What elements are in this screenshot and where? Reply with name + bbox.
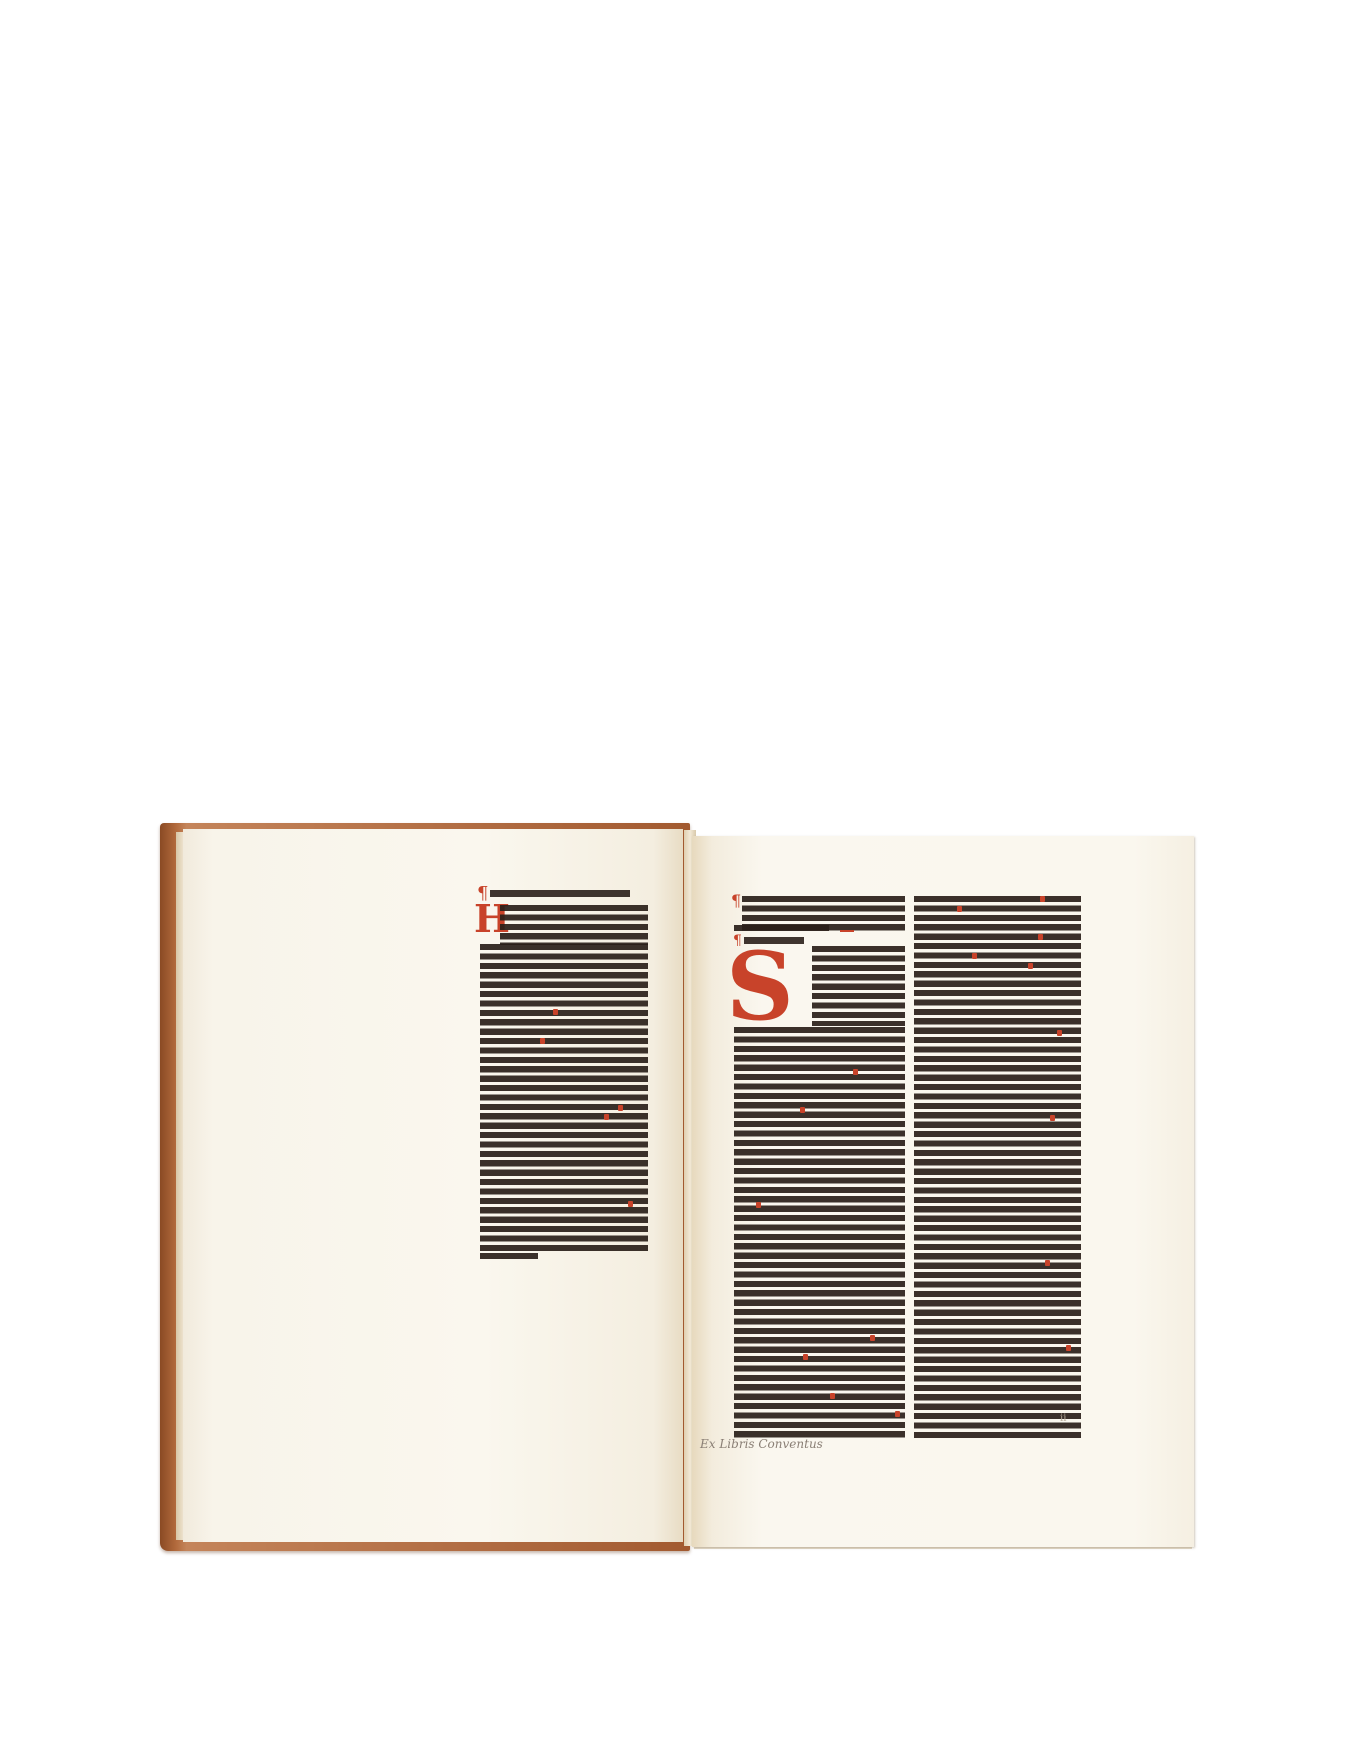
initial-letter-s: S [726, 940, 794, 1034]
rubric-mark [830, 1393, 835, 1399]
rubric-flourish [840, 930, 854, 932]
rubric-mark [1057, 1030, 1062, 1036]
rubric-mark [1066, 1345, 1071, 1351]
rubric-mark [553, 1009, 558, 1015]
rubric-mark [604, 1114, 609, 1120]
rubric-mark [540, 1038, 545, 1044]
rubric-mark [972, 953, 977, 959]
left-page-heading [490, 890, 630, 897]
rubric-mark [756, 1202, 761, 1208]
column-1-indented-lines [812, 946, 905, 1026]
rubric-mark [1028, 963, 1033, 969]
incipit-last-line [734, 925, 829, 932]
rubric-mark [618, 1105, 623, 1111]
rubric-mark [1040, 896, 1045, 902]
rubric-mark [1050, 1115, 1055, 1121]
rubric-mark [870, 1335, 875, 1341]
rubric-mark [957, 906, 962, 912]
rubric-mark [853, 1069, 858, 1075]
rubric-mark [1045, 1260, 1050, 1266]
rubric-mark [803, 1354, 808, 1360]
column-1-text-lines [734, 1027, 905, 1440]
column-2-text-lines [914, 896, 1081, 1440]
rubric-mark [1038, 934, 1043, 940]
left-text-last-line [480, 1253, 538, 1260]
rubric-mark [628, 1201, 633, 1207]
rubric-mark [895, 1411, 900, 1417]
paragraph-mark-icon: ¶ [731, 893, 741, 909]
rubric-mark [800, 1107, 805, 1113]
left-text-lines-indented [500, 905, 648, 945]
ownership-inscription: Ex Libris Conventus [700, 1437, 823, 1451]
folio-mark: ii [1060, 1413, 1066, 1424]
left-text-lines [480, 944, 648, 1254]
